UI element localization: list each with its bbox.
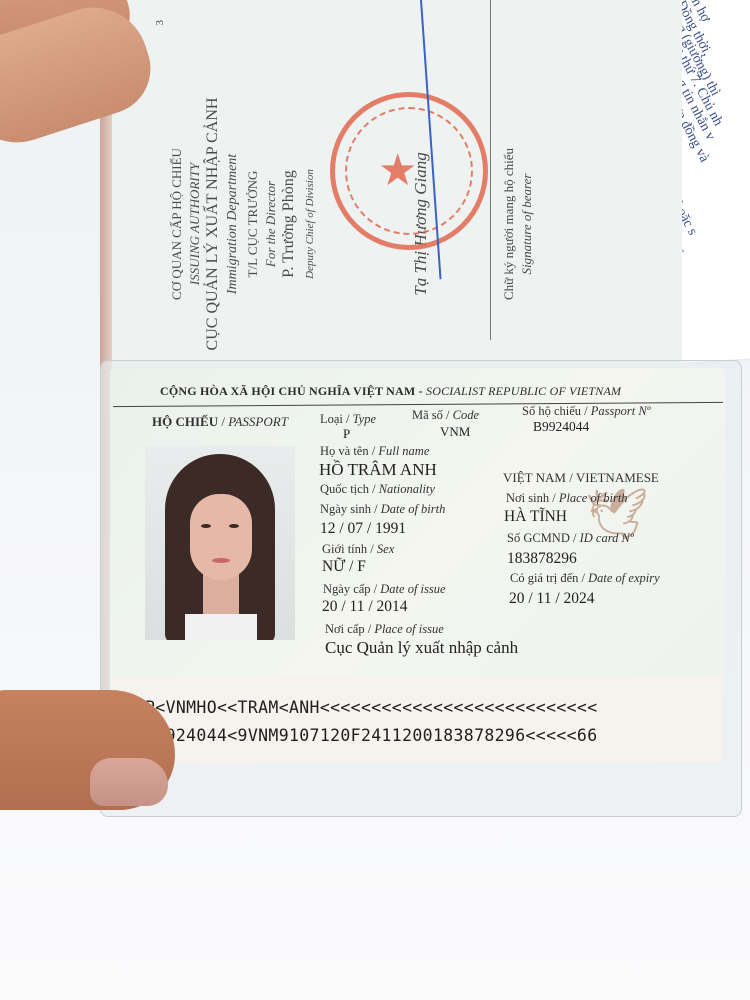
- expiry-label: Có giá trị đến / Date of expiry: [510, 571, 660, 586]
- sex-value: NỮ / F: [322, 558, 366, 576]
- dob-label: Ngày sinh / Date of birth: [320, 502, 445, 517]
- dob-value: 12 / 07 / 1991: [320, 520, 406, 538]
- full-name-label: Họ và tên / Full name: [320, 444, 429, 459]
- code-label: Mã số / Code: [412, 408, 479, 423]
- signature-divider: [490, 0, 491, 340]
- issue-date-value: 20 / 11 / 2014: [322, 598, 408, 616]
- for-director-en: For the Director: [262, 40, 279, 408]
- sex-label: Giới tính / Sex: [322, 542, 394, 557]
- country-header-vn: CỘNG HÒA XÃ HỘI CHỦ NGHĨA VIỆT NAM: [160, 384, 415, 398]
- title-en: Deputy Chief of Division: [302, 40, 319, 408]
- expiry-value: 20 / 11 / 2024: [509, 590, 595, 608]
- id-value: 183878296: [507, 550, 577, 568]
- photo-eye: [201, 524, 211, 528]
- photo-lips: [212, 558, 230, 563]
- id-label: Số GCMND / ID card Nº: [507, 531, 634, 546]
- full-name-value: HỒ TRÂM ANH: [319, 460, 437, 480]
- mrz-zone: [113, 676, 723, 762]
- mrz-line-1: P<VNMHO<<TRAM<ANH<<<<<<<<<<<<<<<<<<<<<<<…: [145, 698, 598, 717]
- nationality-value: VIỆT NAM / VIETNAMESE: [503, 470, 659, 486]
- code-value: VNM: [440, 424, 470, 440]
- place-issue-label: Nơi cấp / Place of issue: [325, 622, 444, 637]
- mrz-line-2: B9924044<9VNM9107120F2411200183878296<<<…: [145, 726, 598, 745]
- bearer-signature-vn: Chữ ký người mang hộ chiếu: [500, 40, 517, 408]
- type-value: P: [343, 426, 350, 442]
- doc-label: HỘ CHIẾU / PASSPORT: [152, 414, 288, 430]
- nationality-label: Quốc tịch / Nationality: [320, 482, 435, 497]
- issue-date-label: Ngày cấp / Date of issue: [323, 582, 446, 597]
- doc-label-vn: HỘ CHIẾU: [152, 414, 218, 429]
- place-issue-value: Cục Quản lý xuất nhập cảnh: [325, 638, 518, 658]
- title-vn: P. Trưởng Phòng: [280, 40, 297, 408]
- holder-photo: [145, 446, 295, 640]
- country-header: CỘNG HÒA XÃ HỘI CHỦ NGHĨA VIỆT NAM - SOC…: [160, 384, 621, 399]
- passport-no-label: Số hộ chiếu / Passport Nº: [522, 404, 651, 419]
- thumb-nail: [90, 758, 168, 806]
- passport-no-value: B9924044: [533, 419, 589, 435]
- department-en: Immigration Department: [224, 40, 241, 408]
- for-director-vn: T/L CỤC TRƯỞNG: [244, 40, 261, 408]
- doc-label-en: PASSPORT: [228, 414, 288, 429]
- pob-label: Nơi sinh / Place of birth: [506, 491, 628, 506]
- page-number: 3: [152, 20, 169, 388]
- pob-value: HÀ TĨNH: [504, 508, 567, 526]
- department-vn: CỤC QUẢN LÝ XUẤT NHẬP CẢNH: [204, 40, 221, 408]
- bearer-signature-en: Signature of bearer: [518, 40, 535, 408]
- type-label: Loại / Type: [320, 412, 376, 427]
- photo-neck: [203, 574, 239, 614]
- photo-shirt: [185, 614, 257, 640]
- stamp-star-icon: ★: [378, 145, 417, 196]
- photo-eye: [229, 524, 239, 528]
- issuing-authority-en: ISSUING AUTHORITY: [186, 40, 203, 408]
- issuing-authority-vn: CƠ QUAN CẤP HỘ CHIẾU: [168, 40, 185, 408]
- country-header-en: SOCIALIST REPUBLIC OF VIETNAM: [426, 384, 621, 398]
- photo-face: [190, 494, 252, 580]
